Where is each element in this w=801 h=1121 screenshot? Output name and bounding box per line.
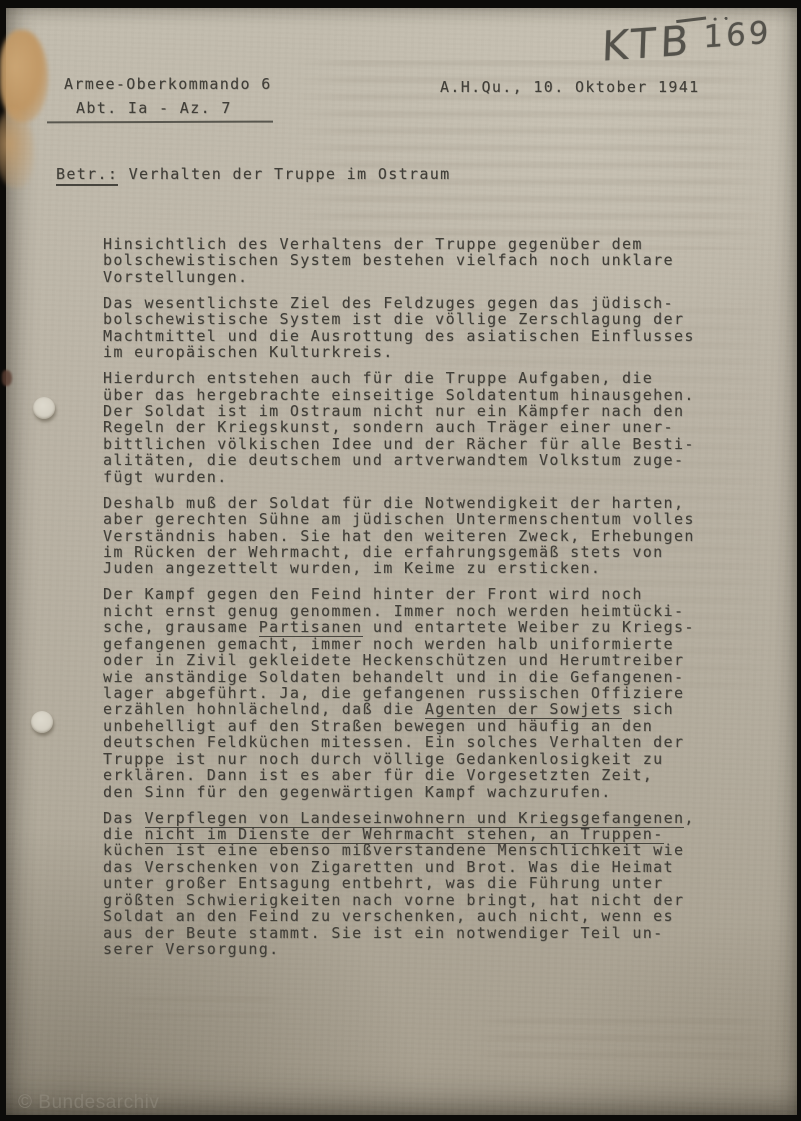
subject-text: Verhalten der Truppe im Ostraum [118, 165, 450, 183]
typed-text: die [103, 825, 145, 843]
punch-hole [33, 397, 55, 419]
typed-text: nicht ernst genug genommen. Immer noch w… [103, 602, 684, 620]
typed-paragraph: Hinsichtlich des Verhaltens der Truppe g… [103, 236, 763, 285]
typed-line: die nicht im Dienste der Wehrmacht stehe… [103, 826, 763, 842]
typed-line: unter großer Entsagung entbehrt, was die… [103, 875, 763, 891]
typed-paragraph: Deshalb muß der Soldat für die Notwendig… [103, 495, 763, 577]
punch-hole [31, 711, 53, 733]
typed-text: unter großer Entsagung entbehrt, was die… [103, 874, 664, 892]
typed-text: Das [103, 809, 145, 827]
typed-text: Juden angezettelt wurden, im Keime zu er… [103, 559, 601, 577]
typed-line: im europäischen Kulturkreis. [103, 344, 763, 360]
typed-line: das Verschenken von Zigaretten und Brot.… [103, 859, 763, 875]
typed-line: bolschewistische System ist die völlige … [103, 311, 763, 327]
typed-text: erzählen hohnlächelnd, daß die [103, 700, 425, 718]
typed-line: wie anständige Soldaten behandelt und in… [103, 669, 763, 685]
typed-line: aber gerechten Sühne am jüdischen Unterm… [103, 511, 763, 527]
ktb-label: KTB [601, 16, 694, 71]
typed-text: bittlichen völkischen Idee und der Räche… [103, 435, 695, 453]
typed-text: im Rücken der Wehrmacht, die erfahrungsg… [103, 543, 664, 561]
typed-text: aber gerechten Sühne am jüdischen Unterm… [103, 510, 695, 528]
department-underline [47, 121, 273, 124]
typed-text: über das hergebrachte einseitige Soldate… [103, 386, 695, 404]
typed-line: Hinsichtlich des Verhaltens der Truppe g… [103, 236, 763, 252]
tape-stain [0, 30, 48, 122]
typed-line: bolschewistischen System bestehen vielfa… [103, 252, 763, 268]
typed-text: Hierdurch entstehen auch für die Truppe … [103, 369, 653, 387]
typed-line: fügt wurden. [103, 469, 763, 485]
typed-line: unbehelligt auf den Straßen bewegen und … [103, 718, 763, 734]
typed-line: über das hergebrachte einseitige Soldate… [103, 387, 763, 403]
handwritten-ktb-stamp: KTB169 [600, 9, 794, 82]
typed-line: alitäten, die deutschem und artverwandte… [103, 452, 763, 468]
typed-text: den Sinn für den gegenwärtigen Kampf wac… [103, 783, 612, 801]
typed-text: das Verschenken von Zigaretten und Brot.… [103, 858, 674, 876]
typed-line: Der Soldat ist im Ostraum nicht nur ein … [103, 403, 763, 419]
typed-line: Regeln der Kriegskunst, sondern auch Trä… [103, 419, 763, 435]
typed-paragraph: Hierdurch entstehen auch für die Truppe … [103, 370, 763, 485]
typed-text: aus der Beute stammt. Sie ist ein notwen… [103, 924, 664, 942]
typed-text: bolschewistischen System bestehen vielfa… [103, 251, 674, 269]
typed-paragraph: Das Verpflegen von Landeseinwohnern und … [103, 810, 763, 958]
ktb-number: 169 [703, 15, 771, 56]
bundesarchiv-watermark: © Bundesarchiv [18, 1092, 159, 1114]
typed-line: Truppe ist nur noch durch völlige Gedank… [103, 751, 763, 767]
typed-text: Truppe ist nur noch durch völlige Gedank… [103, 750, 664, 768]
typed-line: deutschen Feldküchen mitessen. Ein solch… [103, 734, 763, 750]
typed-text: lager abgeführt. Ja, die gefangenen russ… [103, 684, 684, 702]
typed-text: , [684, 809, 694, 827]
typed-line: Das Verpflegen von Landeseinwohnern und … [103, 810, 763, 826]
typed-line: im Rücken der Wehrmacht, die erfahrungsg… [103, 544, 763, 560]
ink-bleedthrough [121, 996, 281, 1018]
typed-text: und entartete Weiber zu Kriegs- [363, 618, 695, 636]
typed-text: sche, grausame [103, 618, 259, 636]
paper-sheet: KTB169 Armee-Oberkommando 6 Abt. Ia - Az… [6, 8, 797, 1115]
typed-text: Verständnis haben. Sie hat den weiteren … [103, 527, 695, 545]
typed-text: größten Schwierigkeiten nach vorne bring… [103, 891, 684, 909]
typed-line: Juden angezettelt wurden, im Keime zu er… [103, 560, 763, 576]
issuing-unit: Armee-Oberkommando 6 [64, 75, 272, 93]
typed-line: Verständnis haben. Sie hat den weiteren … [103, 528, 763, 544]
typed-line: größten Schwierigkeiten nach vorne bring… [103, 892, 763, 908]
typed-line: Vorstellungen. [103, 269, 763, 285]
subject-label: Betr.: [56, 165, 118, 186]
typed-text: unbehelligt auf den Straßen bewegen und … [103, 717, 653, 735]
subject-line: Betr.: Verhalten der Truppe im Ostraum [56, 165, 450, 183]
typed-line: oder in Zivil gekleidete Heckenschützen … [103, 652, 763, 668]
typed-text: sich [622, 700, 674, 718]
typed-line: nicht ernst genug genommen. Immer noch w… [103, 603, 763, 619]
typed-line: bittlichen völkischen Idee und der Räche… [103, 436, 763, 452]
typed-line: Deshalb muß der Soldat für die Notwendig… [103, 495, 763, 511]
typed-text: alitäten, die deutschem und artverwandte… [103, 451, 684, 469]
typed-text: Das wesentlichste Ziel des Feldzuges geg… [103, 294, 674, 312]
ink-bleedthrough [476, 1018, 766, 1068]
typed-text: Hinsichtlich des Verhaltens der Truppe g… [103, 235, 643, 253]
typed-text: Der Kampf gegen den Feind hinter der Fro… [103, 585, 643, 603]
typed-line: gefangenen gemacht, immer noch werden ha… [103, 636, 763, 652]
scanned-document: { "document": { "stamp": { "ktb": "KTB",… [0, 0, 801, 1121]
department-line: Abt. Ia - Az. 7 [76, 99, 232, 117]
typed-text: Der Soldat ist im Ostraum nicht nur ein … [103, 402, 684, 420]
edge-fleck [2, 370, 12, 386]
typed-line: lager abgeführt. Ja, die gefangenen russ… [103, 685, 763, 701]
typed-line: sche, grausame Partisanen und entartete … [103, 619, 763, 635]
typed-text: Vorstellungen. [103, 268, 248, 286]
typed-line: Hierdurch entstehen auch für die Truppe … [103, 370, 763, 386]
typed-line: erzählen hohnlächelnd, daß die Agenten d… [103, 701, 763, 717]
typed-line: serer Versorgung. [103, 941, 763, 957]
typed-line: küchen ist eine ebenso mißverstandene Me… [103, 842, 763, 858]
typed-paragraph: Der Kampf gegen den Feind hinter der Fro… [103, 586, 763, 800]
typed-line: aus der Beute stammt. Sie ist ein notwen… [103, 925, 763, 941]
typed-text: oder in Zivil gekleidete Heckenschützen … [103, 651, 684, 669]
typed-text: bolschewistische System ist die völlige … [103, 310, 684, 328]
typed-paragraphs: Hinsichtlich des Verhaltens der Truppe g… [103, 236, 763, 967]
typed-line: Soldat an den Feind zu verschenken, auch… [103, 908, 763, 924]
typed-text: fügt wurden. [103, 468, 228, 486]
typed-text: Soldat an den Feind zu verschenken, auch… [103, 907, 674, 925]
typed-text: im europäischen Kulturkreis. [103, 343, 394, 361]
typed-text: küchen ist eine ebenso mißverstandene Me… [103, 841, 684, 859]
typed-line: Machtmittel und die Ausrottung des asiat… [103, 328, 763, 344]
typed-line: Der Kampf gegen den Feind hinter der Fro… [103, 586, 763, 602]
typed-text: wie anständige Soldaten behandelt und in… [103, 668, 684, 686]
typed-text: Deshalb muß der Soldat für die Notwendig… [103, 494, 684, 512]
typed-text: gefangenen gemacht, immer noch werden ha… [103, 635, 674, 653]
typed-line: erklären. Dann ist es aber für die Vorge… [103, 767, 763, 783]
typed-text: deutschen Feldküchen mitessen. Ein solch… [103, 733, 684, 751]
typed-line: den Sinn für den gegenwärtigen Kampf wac… [103, 784, 763, 800]
typed-text: serer Versorgung. [103, 940, 279, 958]
typed-line: Das wesentlichste Ziel des Feldzuges geg… [103, 295, 763, 311]
typed-text: erklären. Dann ist es aber für die Vorge… [103, 766, 653, 784]
typed-paragraph: Das wesentlichste Ziel des Feldzuges geg… [103, 295, 763, 361]
typed-text: Machtmittel und die Ausrottung des asiat… [103, 327, 695, 345]
place-date-line: A.H.Qu., 10. Oktober 1941 [440, 78, 700, 96]
typed-text: Regeln der Kriegskunst, sondern auch Trä… [103, 418, 674, 436]
